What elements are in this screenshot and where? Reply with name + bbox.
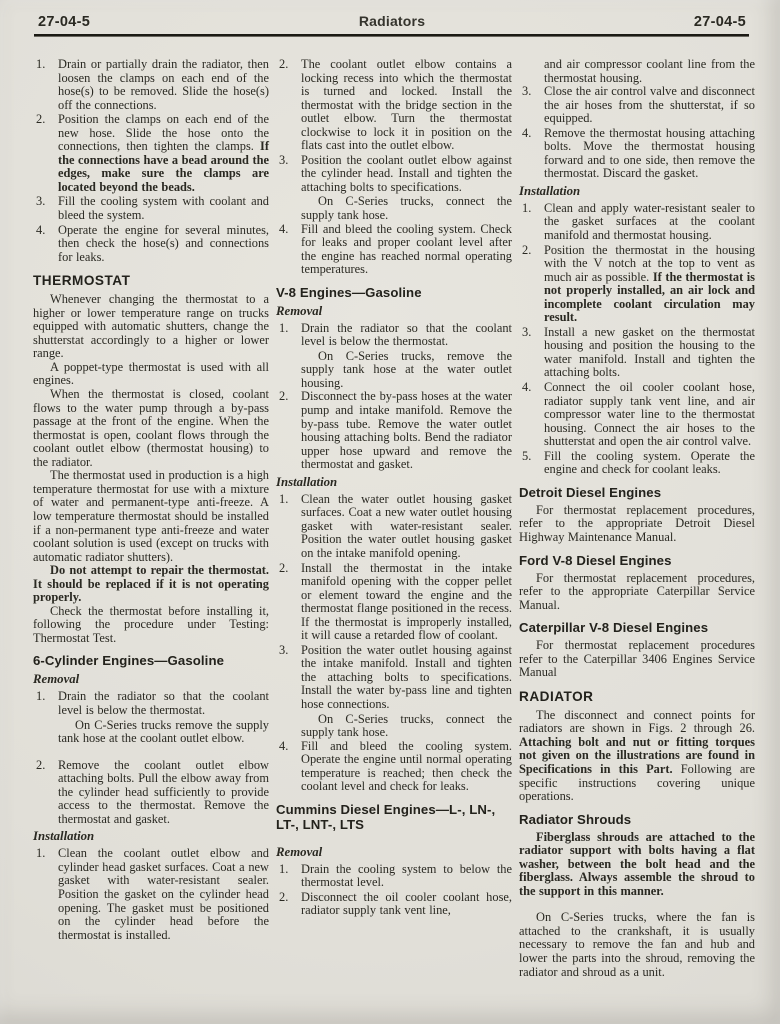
list-item: 2.Position the clamps on each end of the…	[33, 113, 269, 194]
subsection-heading: Radiator Shrouds	[519, 812, 755, 827]
list-item: 2.Position the thermostat in the housing…	[519, 244, 755, 325]
list-item-text: Clean the coolant outlet elbow and cylin…	[58, 846, 269, 941]
list-item: 1.Drain or partially drain the radiator,…	[33, 58, 269, 112]
page-header: 27-04-5 Radiators 27-04-5	[0, 0, 780, 30]
list-item-number: 3.	[522, 326, 531, 340]
text-run: Remove the coolant outlet elbow attachin…	[58, 758, 269, 826]
procedure-heading: Installation	[519, 184, 755, 199]
text-run: Clean and apply water-resistant sealer t…	[544, 201, 755, 242]
list-item-text: Fill and bleed the cooling system. Opera…	[301, 739, 512, 794]
list-item-text: Disconnect the by-pass hoses at the wate…	[301, 389, 512, 471]
list-item-text: Close the air control valve and disconne…	[544, 84, 755, 125]
list-item: 2.Install the thermostat in the intake m…	[276, 562, 512, 643]
list-item: 1.Clean the coolant outlet elbow and cyl…	[33, 847, 269, 942]
subsection-heading: Caterpillar V-8 Diesel Engines	[519, 620, 755, 635]
list-item-number: 5.	[522, 450, 531, 464]
list-item-text: Remove the coolant outlet elbow attachin…	[58, 758, 269, 826]
list-item-text: Position the clamps on each end of the n…	[58, 112, 269, 194]
list-item-number: 2.	[522, 244, 531, 258]
text-run: Whenever changing the thermostat to a hi…	[33, 292, 269, 360]
procedure-heading: Installation	[276, 475, 512, 490]
list-item-number: 3.	[279, 154, 288, 168]
paragraph: For thermostat replacement procedures, r…	[519, 572, 755, 613]
text-run: For thermostat replacement procedures, r…	[519, 503, 755, 544]
list-item-text: Drain the cooling system to below the th…	[301, 862, 512, 890]
paragraph: Fiberglass shrouds are attached to the r…	[519, 831, 755, 899]
list-item-number: 4.	[279, 740, 288, 754]
text-run: The disconnect and connect points for ra…	[519, 708, 755, 736]
text-run: Drain the radiator so that the coolant l…	[58, 689, 269, 717]
bold-text-run: Fiberglass shrouds are attached to the r…	[519, 830, 755, 898]
text-run: Drain or partially drain the radiator, t…	[58, 57, 269, 112]
list-item-text: Drain the radiator so that the coolant l…	[58, 689, 269, 717]
list-item-number: 1.	[36, 58, 45, 72]
list-item-number: 3.	[36, 195, 45, 209]
text-column-2: 2.The coolant outlet elbow contains a lo…	[276, 58, 512, 979]
subsection-heading: 6-Cylinder Engines—Gasoline	[33, 653, 269, 668]
list-item-number: 1.	[36, 847, 45, 861]
list-item: 3.Position the coolant outlet elbow agai…	[276, 154, 512, 195]
list-continuation-paragraph: On C-Series trucks, remove the supply ta…	[276, 350, 512, 391]
paragraph: Whenever changing the thermostat to a hi…	[33, 293, 269, 361]
list-item-text: Operate the engine for several minutes, …	[58, 223, 269, 264]
list-item-number: 2.	[36, 113, 45, 127]
list-item-number: 2.	[36, 759, 45, 773]
paragraph: When the thermostat is closed, coolant f…	[33, 388, 269, 469]
list-item: 2.The coolant outlet elbow contains a lo…	[276, 58, 512, 153]
page-title: Radiators	[359, 13, 425, 29]
list-item-number: 2.	[279, 58, 288, 72]
text-run: On C-Series trucks, connect the supply t…	[301, 194, 512, 222]
text-run: Position the coolant outlet elbow agains…	[301, 153, 512, 194]
text-run: Fill and bleed the cooling system. Check…	[301, 222, 512, 277]
list-item: 1.Drain the cooling system to below the …	[276, 863, 512, 890]
list-item-number: 2.	[279, 562, 288, 576]
text-run: and air compressor coolant line from the…	[544, 57, 755, 85]
text-run: Position the water outlet housing agains…	[301, 643, 512, 711]
text-run: Disconnect the oil cooler coolant hose, …	[301, 890, 512, 918]
procedure-heading: Installation	[33, 829, 269, 844]
list-item: 4.Remove the thermostat housing attachin…	[519, 127, 755, 181]
text-run: Drain the cooling system to below the th…	[301, 862, 512, 890]
text-run: The thermostat used in production is a h…	[33, 468, 269, 563]
paragraph: For thermostat replacement procedures re…	[519, 639, 755, 680]
list-item-text: Install the thermostat in the intake man…	[301, 561, 512, 643]
paragraph: The disconnect and connect points for ra…	[519, 709, 755, 804]
paragraph: A poppet-type thermostat is used with al…	[33, 361, 269, 388]
text-run: Connect the oil cooler coolant hose, rad…	[544, 380, 755, 448]
list-item-text: Position the coolant outlet elbow agains…	[301, 153, 512, 194]
list-item-number: 4.	[279, 223, 288, 237]
text-run: Position the clamps on each end of the n…	[58, 112, 269, 153]
list-item-number: 1.	[36, 690, 45, 704]
bold-text-run: Do not attempt to repair the thermostat.…	[33, 563, 269, 604]
list-item: 5.Fill the cooling system. Operate the e…	[519, 450, 755, 477]
subsection-heading: Cummins Diesel Engines—L-, LN-, LT-, LNT…	[276, 802, 512, 832]
text-run: Fill the cooling system. Operate the eng…	[544, 449, 755, 477]
list-item-number: 3.	[279, 644, 288, 658]
list-item: 2.Disconnect the by-pass hoses at the wa…	[276, 390, 512, 471]
list-item-text: Drain or partially drain the radiator, t…	[58, 57, 269, 112]
list-item: 4.Fill and bleed the cooling system. Ope…	[276, 740, 512, 794]
text-run: The coolant outlet elbow contains a lock…	[301, 57, 512, 152]
page-number-right: 27-04-5	[694, 14, 746, 30]
text-run: Install the thermostat in the intake man…	[301, 561, 512, 643]
procedure-heading: Removal	[33, 672, 269, 687]
page-number-left: 27-04-5	[38, 14, 90, 30]
paragraph: Do not attempt to repair the thermostat.…	[33, 564, 269, 605]
text-run: On C-Series trucks remove the supply tan…	[58, 718, 269, 746]
text-run: For thermostat replacement procedures re…	[519, 638, 755, 679]
list-item-text: Fill the cooling system. Operate the eng…	[544, 449, 755, 477]
list-item-text: Position the water outlet housing agains…	[301, 643, 512, 711]
paragraph: On C-Series trucks, where the fan is att…	[519, 911, 755, 979]
subsection-heading: Detroit Diesel Engines	[519, 485, 755, 500]
list-item-number: 2.	[279, 891, 288, 905]
text-run: Install a new gasket on the thermostat h…	[544, 325, 755, 380]
list-item: 1.Drain the radiator so that the coolant…	[33, 690, 269, 717]
text-run: A poppet-type thermostat is used with al…	[33, 360, 269, 388]
subsection-heading: Ford V-8 Diesel Engines	[519, 553, 755, 568]
list-item-text: The coolant outlet elbow contains a lock…	[301, 57, 512, 152]
text-run: Operate the engine for several minutes, …	[58, 223, 269, 264]
list-continuation-paragraph: On C-Series trucks, connect the supply t…	[276, 195, 512, 222]
list-item: 4.Connect the oil cooler coolant hose, r…	[519, 381, 755, 449]
list-runover-paragraph: and air compressor coolant line from the…	[519, 58, 755, 85]
list-item-number: 1.	[279, 493, 288, 507]
text-run: On C-Series trucks, where the fan is att…	[519, 910, 755, 978]
text-run: Clean the water outlet housing gasket su…	[301, 492, 512, 560]
list-item: 1.Clean and apply water-resistant sealer…	[519, 202, 755, 243]
list-item-number: 1.	[279, 863, 288, 877]
list-item-text: Clean and apply water-resistant sealer t…	[544, 201, 755, 242]
list-item-number: 1.	[522, 202, 531, 216]
list-item: 1.Clean the water outlet housing gasket …	[276, 493, 512, 561]
list-item: 3.Fill the cooling system with coolant a…	[33, 195, 269, 222]
procedure-heading: Removal	[276, 304, 512, 319]
text-run: Remove the thermostat housing attaching …	[544, 126, 755, 181]
list-item: 1.Drain the radiator so that the coolant…	[276, 322, 512, 349]
section-heading: THERMOSTAT	[33, 273, 269, 288]
manual-page: 27-04-5 Radiators 27-04-5 1.Drain or par…	[0, 0, 780, 1024]
list-item-text: Connect the oil cooler coolant hose, rad…	[544, 380, 755, 448]
list-continuation-paragraph: On C-Series trucks remove the supply tan…	[33, 719, 269, 746]
text-run: Fill the cooling system with coolant and…	[58, 194, 269, 222]
list-item: 4.Fill and bleed the cooling system. Che…	[276, 223, 512, 277]
paragraph: Check the thermostat before installing i…	[33, 605, 269, 646]
list-item-text: Install a new gasket on the thermostat h…	[544, 325, 755, 380]
list-item: 2.Remove the coolant outlet elbow attach…	[33, 759, 269, 827]
list-item-number: 4.	[522, 381, 531, 395]
list-item-text: Disconnect the oil cooler coolant hose, …	[301, 890, 512, 918]
list-item-text: Fill and bleed the cooling system. Check…	[301, 222, 512, 277]
section-heading: RADIATOR	[519, 689, 755, 704]
list-item: 2.Disconnect the oil cooler coolant hose…	[276, 891, 512, 918]
list-item-number: 4.	[522, 127, 531, 141]
text-run: On C-Series trucks, remove the supply ta…	[301, 349, 512, 390]
paragraph: For thermostat replacement procedures, r…	[519, 504, 755, 545]
list-item: 3.Install a new gasket on the thermostat…	[519, 326, 755, 380]
list-item: 3.Close the air control valve and discon…	[519, 85, 755, 126]
text-column-3: and air compressor coolant line from the…	[519, 58, 755, 979]
list-item-text: Position the thermostat in the housing w…	[544, 243, 755, 325]
text-run: Fill and bleed the cooling system. Opera…	[301, 739, 512, 794]
text-run: Close the air control valve and disconne…	[544, 84, 755, 125]
text-run: When the thermostat is closed, coolant f…	[33, 387, 269, 469]
text-run: Disconnect the by-pass hoses at the wate…	[301, 389, 512, 471]
list-item-number: 2.	[279, 390, 288, 404]
list-item-text: Clean the water outlet housing gasket su…	[301, 492, 512, 560]
list-item-text: Fill the cooling system with coolant and…	[58, 194, 269, 222]
text-run: For thermostat replacement procedures, r…	[519, 571, 755, 612]
list-item-number: 1.	[279, 322, 288, 336]
paragraph: The thermostat used in production is a h…	[33, 469, 269, 564]
text-run: Check the thermostat before installing i…	[33, 604, 269, 645]
text-run: On C-Series trucks, connect the supply t…	[301, 712, 512, 740]
procedure-heading: Removal	[276, 845, 512, 860]
list-item-number: 4.	[36, 224, 45, 238]
list-item: 4.Operate the engine for several minutes…	[33, 224, 269, 265]
list-item: 3.Position the water outlet housing agai…	[276, 644, 512, 712]
list-item-text: Remove the thermostat housing attaching …	[544, 126, 755, 181]
text-column-1: 1.Drain or partially drain the radiator,…	[33, 58, 269, 979]
text-columns: 1.Drain or partially drain the radiator,…	[0, 37, 780, 979]
subsection-heading: V-8 Engines—Gasoline	[276, 285, 512, 300]
list-item-text: Drain the radiator so that the coolant l…	[301, 321, 512, 349]
list-continuation-paragraph: On C-Series trucks, connect the supply t…	[276, 713, 512, 740]
list-item-number: 3.	[522, 85, 531, 99]
text-run: Clean the coolant outlet elbow and cylin…	[58, 846, 269, 941]
text-run: Drain the radiator so that the coolant l…	[301, 321, 512, 349]
